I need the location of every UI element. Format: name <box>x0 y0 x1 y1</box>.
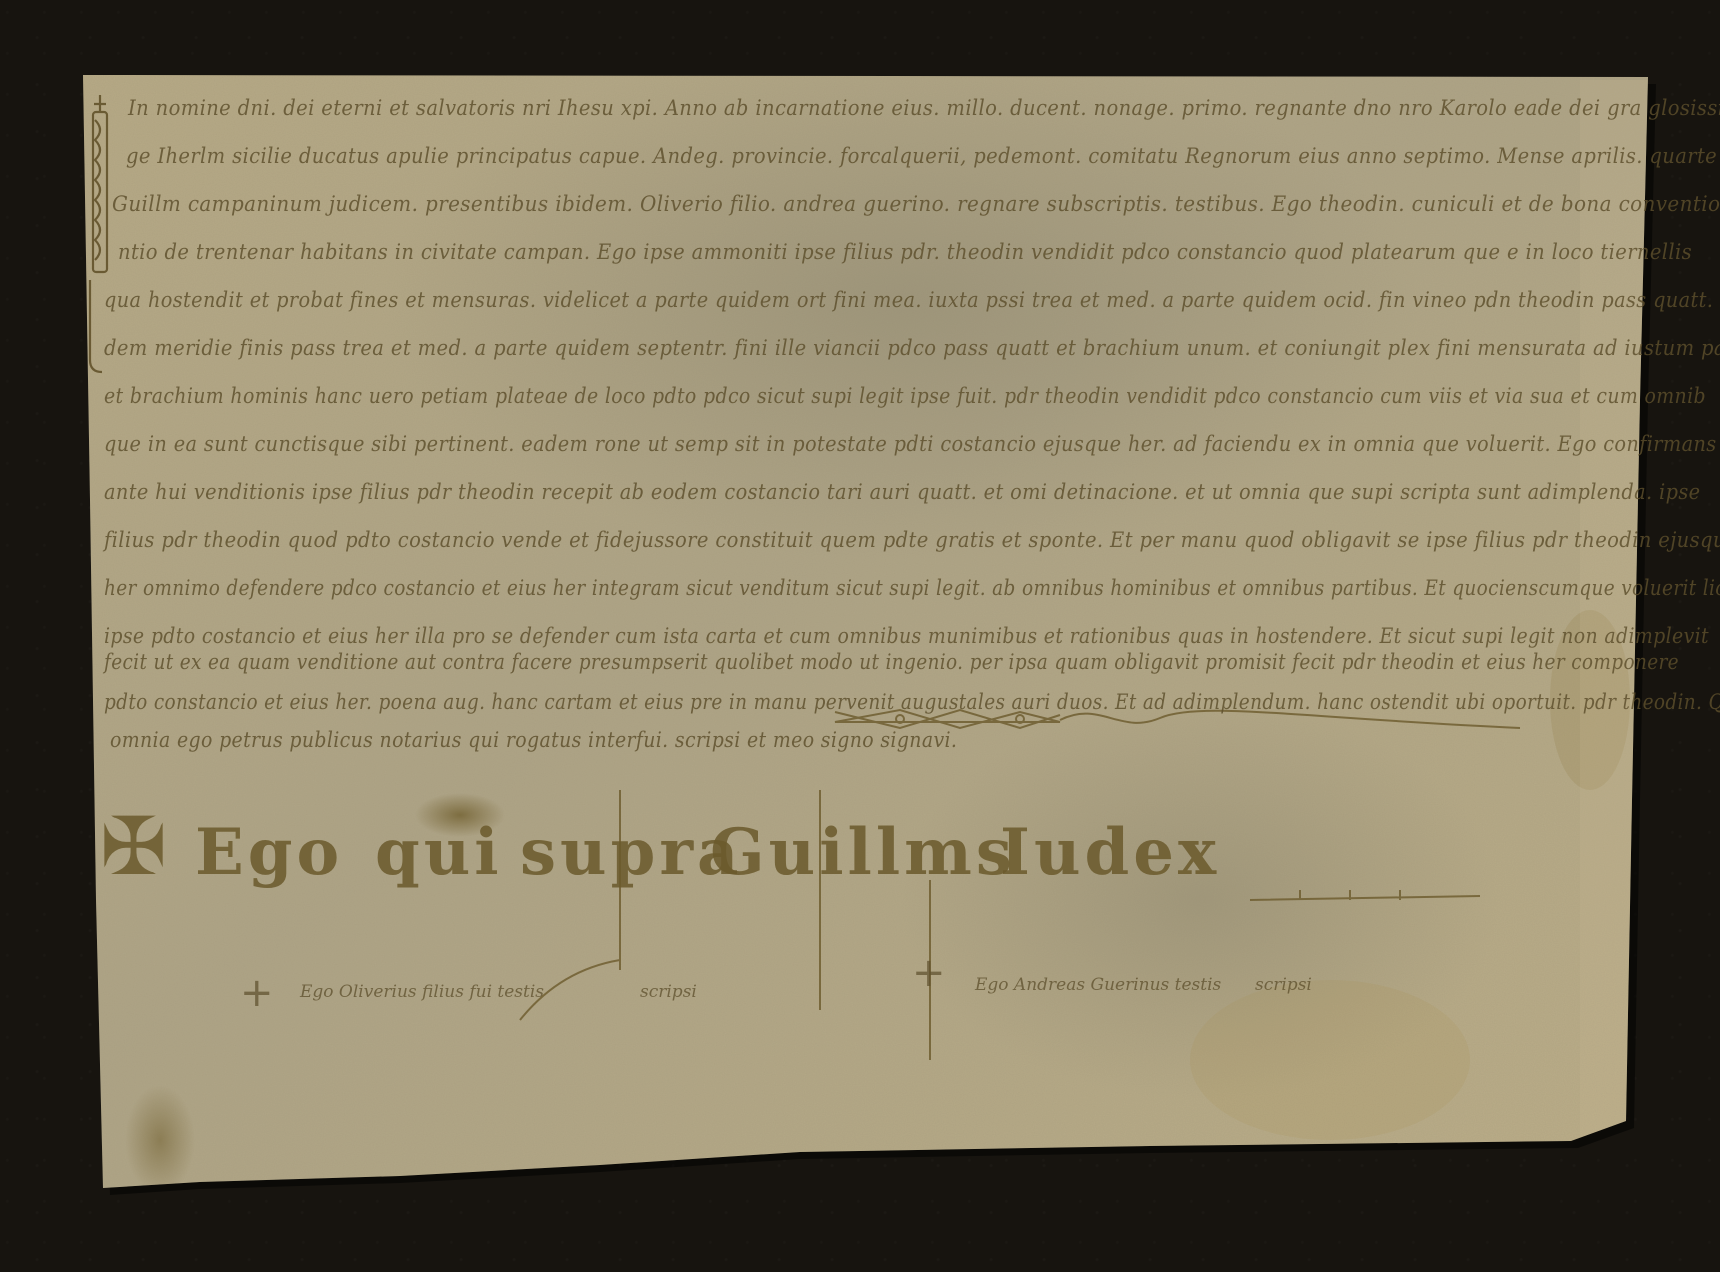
text-line: que in ea sunt cunctisque sibi pertinent… <box>104 432 1717 456</box>
text-line: omnia ego petrus publicus notarius qui r… <box>110 728 957 752</box>
witness-suffix: scripsi <box>640 982 697 1002</box>
text-line: dem meridie finis pass trea et med. a pa… <box>104 336 1720 360</box>
text-line: In nomine dni. dei eterni et salvatoris … <box>128 96 1720 120</box>
witness-text: Ego Oliverius filius fui testis <box>300 982 544 1002</box>
text-line: her omnimo defendere pdco costancio et e… <box>104 576 1720 600</box>
text-line: ipse pdto costancio et eius her illa pro… <box>104 624 1709 648</box>
witness-cross-icon: + <box>912 950 946 996</box>
text-line: pdto constancio et eius her. poena aug. … <box>104 690 1720 714</box>
signature-word: qui <box>375 815 503 890</box>
signature-word: Iudex <box>1000 815 1220 890</box>
witness-suffix: scripsi <box>1255 975 1312 995</box>
text-line: et brachium hominis hanc uero petiam pla… <box>104 384 1706 408</box>
text-line: Guillm campaninum judicem. presentibus i… <box>112 192 1720 216</box>
text-line: ge Iherlm sicilie ducatus apulie princip… <box>126 144 1720 168</box>
signature-word: Ego <box>195 815 343 890</box>
witness-cross-icon: + <box>240 970 274 1016</box>
text-line: ante hui venditionis ipse filius pdr the… <box>104 480 1700 504</box>
text-line: qua hostendit et probat fines et mensura… <box>104 288 1720 312</box>
text-line: filius pdr theodin quod pdto costancio v… <box>104 528 1720 552</box>
cross-mark-icon: ✠ <box>100 800 171 893</box>
text-line: fecit ut ex ea quam venditione aut contr… <box>104 650 1679 674</box>
witness-text: Ego Andreas Guerinus testis <box>975 975 1221 995</box>
signature-word: Guillms <box>710 815 1016 890</box>
text-line: ntio de trentenar habitans in civitate c… <box>118 240 1692 264</box>
